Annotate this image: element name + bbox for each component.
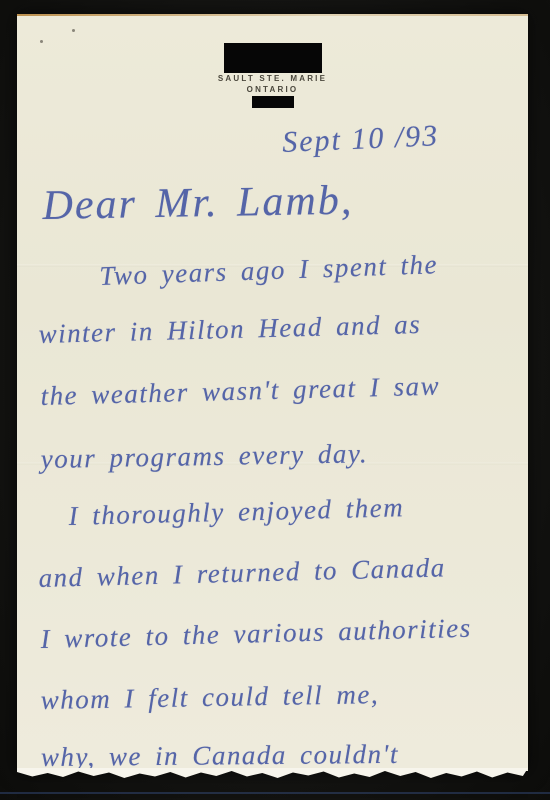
letter-body-line: I thoroughly enjoyed them [68, 492, 404, 532]
scan-background: SAULT STE. MARIE ONTARIO Sept 10 /93 Dea… [0, 0, 550, 800]
letter-body-line: and when I returned to Canada [38, 552, 446, 594]
redaction-box-small [252, 96, 294, 108]
letter-body-line: the weather wasn't great I saw [40, 371, 440, 412]
letter-page: SAULT STE. MARIE ONTARIO Sept 10 /93 Dea… [17, 14, 528, 771]
paper-speck [72, 29, 75, 32]
letterhead: SAULT STE. MARIE ONTARIO [17, 43, 528, 108]
letterhead-city: SAULT STE. MARIE [218, 75, 327, 84]
scan-edge-artifact [17, 14, 528, 16]
letter-body-line: your programs every day. [40, 438, 368, 475]
letter-body-line: why, we in Canada couldn't [41, 739, 399, 773]
letter-body-line: I wrote to the various authorities [40, 613, 472, 655]
letterhead-province: ONTARIO [247, 86, 299, 95]
letter-body-line: winter in Hilton Head and as [38, 309, 421, 350]
letter-body-line: Two years ago I spent the [99, 249, 439, 292]
torn-bottom-edge [17, 768, 528, 778]
letter-date: Sept 10 /93 [282, 119, 440, 160]
letter-body-line: whom I felt could tell me, [40, 679, 379, 716]
scanner-artifact-line [0, 792, 550, 794]
redaction-box-large [224, 43, 322, 73]
letter-salutation: Dear Mr. Lamb, [42, 177, 353, 230]
